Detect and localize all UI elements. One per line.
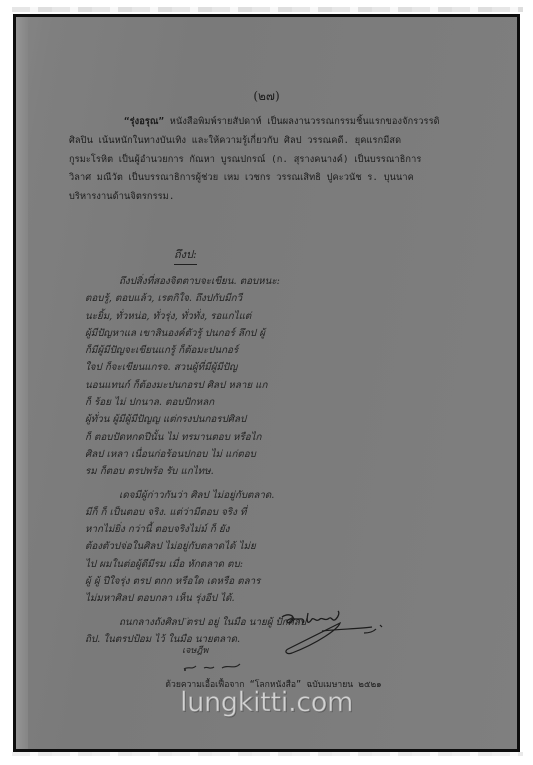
signature [278,609,388,655]
initial-note-text: เจษฎีพ [182,643,252,657]
page-number-heading: (๒๗) [16,87,517,106]
letter-line: เดจมีผู้ก่าวกันว่า ศิลป ไม่อยู่กับตลาด. [85,487,445,504]
squiggle-marks-icon [182,660,252,672]
paragraph-line: กูรมะโรหิต เป็นผู้อำนวยการ กัณหา บูรณปกร… [69,151,474,170]
watermark: lungkitti.com [16,687,517,718]
letter-line: ไป ผมในต่อผู้ดีมีรม เมื่อ หักตลาด ตบ: [85,556,445,573]
letter-line: หากไม่ยิ่ง กว่านี้ ตอบจริงไม่ม์ ก็ ยัง [85,521,445,538]
letter-line: ใจป ก็จะเขียนแกรจ. สวนผู้ที่มีผู้มีปัญ [85,359,445,376]
letter-line: ถึงปสิ่งที่สองจิตตาบจะเขียน. ตอบหนะ: [85,273,445,290]
paragraph-line: ศิลปิน เน้นหนักในทางบันเทิง และให้ความรู… [69,132,474,151]
document-page: (๒๗) “รุ่งอรุณ” หนังสือพิมพ์รายสัปดาห์ เ… [16,17,517,749]
letter-line: ศิลป เหลา เนื่อนก่อร้อนปกอบ ไม่ แก่ตอบ [85,446,445,463]
letter-line: นอนแทนก์ ก็ต้องมะปนกอรป ศิลป หลาย แก [85,377,445,394]
top-edge-scuff [12,7,523,12]
bottom-edge-scuff [12,752,523,756]
letter-line: ผู้มีปัญหาแล เขาสินองค์ตัวรู้ ปนกอร์ ลึก… [85,325,445,342]
title-quoted: “รุ่งอรุณ” [124,116,164,127]
signature-scribble-icon [278,609,388,655]
letter-line: ถิป. ในตรปป้อม ไว้ ในมือ นายตลาด. [85,631,445,648]
document-photo-frame: (๒๗) “รุ่งอรุณ” หนังสือพิมพ์รายสัปดาห์ เ… [13,14,520,752]
letter-line: ก็มีผู้มีปัญจะเขียนแกรู้ ก็ต้อมะปนกอร์ [85,342,445,359]
letter-line: นะยิ้ม, ทั่วหน่อ, ทั่วรุ่ง, ทั่วทั่ง, รอ… [85,308,445,325]
initial-note: เจษฎีพ [182,643,252,673]
letter-line: ต้องตัวปจ่อในศิลป ไม่อยู่กับตลาดได้ ไม่ย [85,538,445,555]
paragraph-line: “รุ่งอรุณ” หนังสือพิมพ์รายสัปดาห์ เป็นผล… [69,113,474,132]
paragraph-line: บริหารงานด้านจิตรกรรม. [69,188,474,207]
letter-line: มีก็ ก็ เป็นตอบ จริง. แต่ว่ามีตอบ จริง ท… [85,504,445,521]
typed-paragraph: “รุ่งอรุณ” หนังสือพิมพ์รายสัปดาห์ เป็นผล… [69,113,474,207]
letter-line: ผู้ทั่วน ผู้มีผู้มีปัญญ แต่กรงปนกอรปศิลป [85,411,445,428]
letter-line: ผู้ ผู้ ปีใจรุ่ง ตรป ตกก หรือใด เดหรือ ต… [85,573,445,590]
letter-line: ตอบรู้, ตอบแล้ว, เรตกิใจ. ถึงปกับมีกวี [85,290,445,307]
letter-line: ก็ ตอบปัดหกดปีนั้น ไม่ ทรมานตอบ หรือไก [85,429,445,446]
dash-mark: -· [184,614,189,623]
letter-line: ถนกลางถังศิลป ตรป อยู่ ในมือ นายผู้ ปักศ… [85,614,445,631]
letter-line: รม ก็ตอบ ตรปพร้อ รับ แกไทษ. [85,463,445,480]
letter-line: ไม่มหาศิลป ตอบกลา เห็น รุ่งอีป ได้. [85,590,445,607]
letter-line: ก็ ร้อย ไม่ ปกนาล. ตอบปักหลก [85,394,445,411]
letter-salutation: ถึงป: [174,245,197,265]
paragraph-line: วิลาศ มณีวัต เป็นบรรณาธิการผู้ช่วย เหม เ… [69,169,474,188]
handwritten-letter: ถึงปสิ่งที่สองจิตตาบจะเขียน. ตอบหนะ: ตอบ… [85,273,445,648]
